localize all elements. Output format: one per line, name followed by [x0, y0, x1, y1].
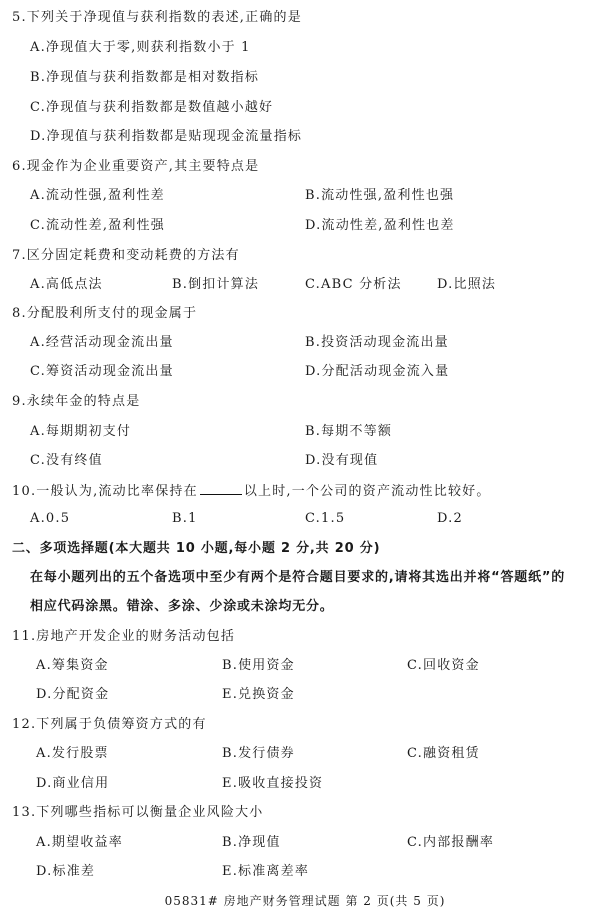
question-13-option-e: E.标准离差率 [222, 864, 309, 880]
question-12-option-a: A.发行股票 [36, 746, 109, 762]
question-12-option-c: C.融资租赁 [407, 746, 480, 762]
section-2-instruction-line-1: 在每小题列出的五个备选项中至少有两个是符合题目要求的,请将其选出并将“答题纸”的 [30, 570, 565, 586]
question-11-stem: 11.房地产开发企业的财务活动包括 [12, 629, 235, 645]
question-5-option-b: B.净现值与获利指数都是相对数指标 [30, 70, 259, 86]
question-8-option-c: C.筹资活动现金流出量 [30, 364, 174, 380]
question-8-option-a: A.经营活动现金流出量 [30, 335, 174, 351]
question-6-stem: 6.现金作为企业重要资产,其主要特点是 [12, 159, 259, 175]
question-10-stem-after: 以上时,一个公司的资产流动性比较好。 [244, 484, 491, 499]
question-6-option-d: D.流动性差,盈利性也差 [305, 218, 455, 234]
question-9-option-d: D.没有现值 [305, 453, 378, 469]
question-10-option-a: A.0.5 [30, 511, 70, 527]
question-11-option-c: C.回收资金 [407, 658, 480, 674]
question-10-option-b: B.1 [172, 511, 198, 527]
question-13-option-d: D.标准差 [36, 864, 95, 880]
question-10-stem: 10.一般认为,流动比率保持在以上时,一个公司的资产流动性比较好。 [12, 482, 491, 500]
question-11-option-a: A.筹集资金 [36, 658, 109, 674]
question-11-option-b: B.使用资金 [222, 658, 295, 674]
question-8-option-b: B.投资活动现金流出量 [305, 335, 449, 351]
fill-in-blank [200, 482, 242, 495]
question-7-option-b: B.倒扣计算法 [172, 277, 259, 293]
question-9-option-b: B.每期不等额 [305, 424, 392, 440]
question-10-option-c: C.1.5 [305, 511, 345, 527]
question-5-option-d: D.净现值与获利指数都是贴现现金流量指标 [30, 129, 302, 145]
section-2-title: 二、多项选择题(本大题共 10 小题,每小题 2 分,共 20 分) [12, 541, 380, 557]
section-2-instruction-line-2: 相应代码涂黑。错涂、多涂、少涂或未涂均无分。 [30, 599, 334, 615]
question-10-option-d: D.2 [437, 511, 463, 527]
question-12-stem: 12.下列属于负债筹资方式的有 [12, 717, 207, 733]
question-7-option-a: A.高低点法 [30, 277, 103, 293]
question-12-option-b: B.发行债券 [222, 746, 295, 762]
question-5-stem: 5.下列关于净现值与获利指数的表述,正确的是 [12, 10, 302, 26]
question-7-option-d: D.比照法 [437, 277, 496, 293]
question-6-option-a: A.流动性强,盈利性差 [30, 188, 165, 204]
question-12-option-d: D.商业信用 [36, 776, 109, 792]
question-8-stem: 8.分配股利所支付的现金属于 [12, 306, 197, 322]
question-9-option-c: C.没有终值 [30, 453, 103, 469]
question-5-option-a: A.净现值大于零,则获利指数小于 1 [30, 40, 251, 56]
question-6-option-b: B.流动性强,盈利性也强 [305, 188, 454, 204]
question-7-stem: 7.区分固定耗费和变动耗费的方法有 [12, 248, 240, 264]
question-10-stem-before: 10.一般认为,流动比率保持在 [12, 484, 198, 499]
question-12-option-e: E.吸收直接投资 [222, 776, 323, 792]
question-6-option-c: C.流动性差,盈利性强 [30, 218, 165, 234]
question-8-option-d: D.分配活动现金流入量 [305, 364, 449, 380]
question-13-option-c: C.内部报酬率 [407, 835, 494, 851]
question-5-option-c: C.净现值与获利指数都是数值越小越好 [30, 100, 273, 116]
question-9-stem: 9.永续年金的特点是 [12, 394, 140, 410]
question-9-option-a: A.每期期初支付 [30, 424, 131, 440]
page-footer: 05831# 房地产财务管理试题 第 2 页(共 5 页) [0, 893, 610, 909]
question-7-option-c: C.ABC 分析法 [305, 277, 402, 293]
question-11-option-d: D.分配资金 [36, 687, 109, 703]
question-13-stem: 13.下列哪些指标可以衡量企业风险大小 [12, 805, 263, 821]
question-13-option-b: B.净现值 [222, 835, 281, 851]
question-13-option-a: A.期望收益率 [36, 835, 123, 851]
question-11-option-e: E.兑换资金 [222, 687, 295, 703]
